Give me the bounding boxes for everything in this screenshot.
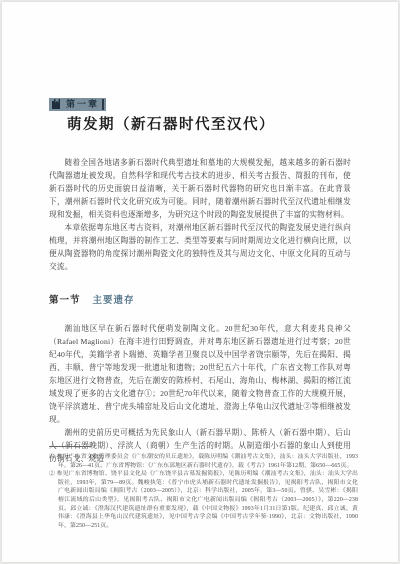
- badge-divider: [102, 99, 104, 110]
- footnotes: ① 参见广东省文物管理委员会《广东潮安的贝丘遗址》，载陈历明编《潮汕考古文集》，…: [49, 446, 358, 530]
- section-number: 第一节: [49, 296, 81, 306]
- section-heading: 第一节主要遗存: [49, 292, 351, 306]
- paragraph: 本章依据粤东地区考古资料，对潮州地区新石器时代至汉代的陶瓷发展史进行纵向梳理，并…: [49, 221, 351, 273]
- chapter-ornament-icon: [52, 99, 63, 110]
- section-title: 主要遗存: [93, 296, 135, 306]
- body-text: 随着全国各地诸多新石器时代典型遗址和墓地的大规模发掘，越来越多的新石器时代陶器遗…: [49, 156, 351, 465]
- book-page: 第一章 萌发期（新石器时代至汉代） 随着全国各地诸多新石器时代典型遗址和墓地的大…: [2, 2, 398, 562]
- chapter-title: 萌发期（新石器时代至汉代）: [67, 113, 275, 134]
- paragraph: 随着全国各地诸多新石器时代典型遗址和墓地的大规模发掘，越来越多的新石器时代陶器遗…: [49, 156, 351, 221]
- chapter-badge: 第一章: [49, 98, 106, 111]
- footnote-separator: [49, 446, 91, 447]
- paragraph: 潮汕地区早在新石器时代便萌发制陶文化。20世纪30年代，意大利麦兆良神父（Raf…: [49, 322, 351, 426]
- footnote: ② 参见广东省博物馆、饶平县文化局《广东饶平县古墓发掘简报》，见陈历明编《潮汕考…: [49, 470, 358, 530]
- chapter-number-label: 第一章: [66, 98, 99, 111]
- footnote: ① 参见广东省文物管理委员会《广东潮安的贝丘遗址》，载陈历明编《潮汕考古文集》，…: [49, 453, 358, 470]
